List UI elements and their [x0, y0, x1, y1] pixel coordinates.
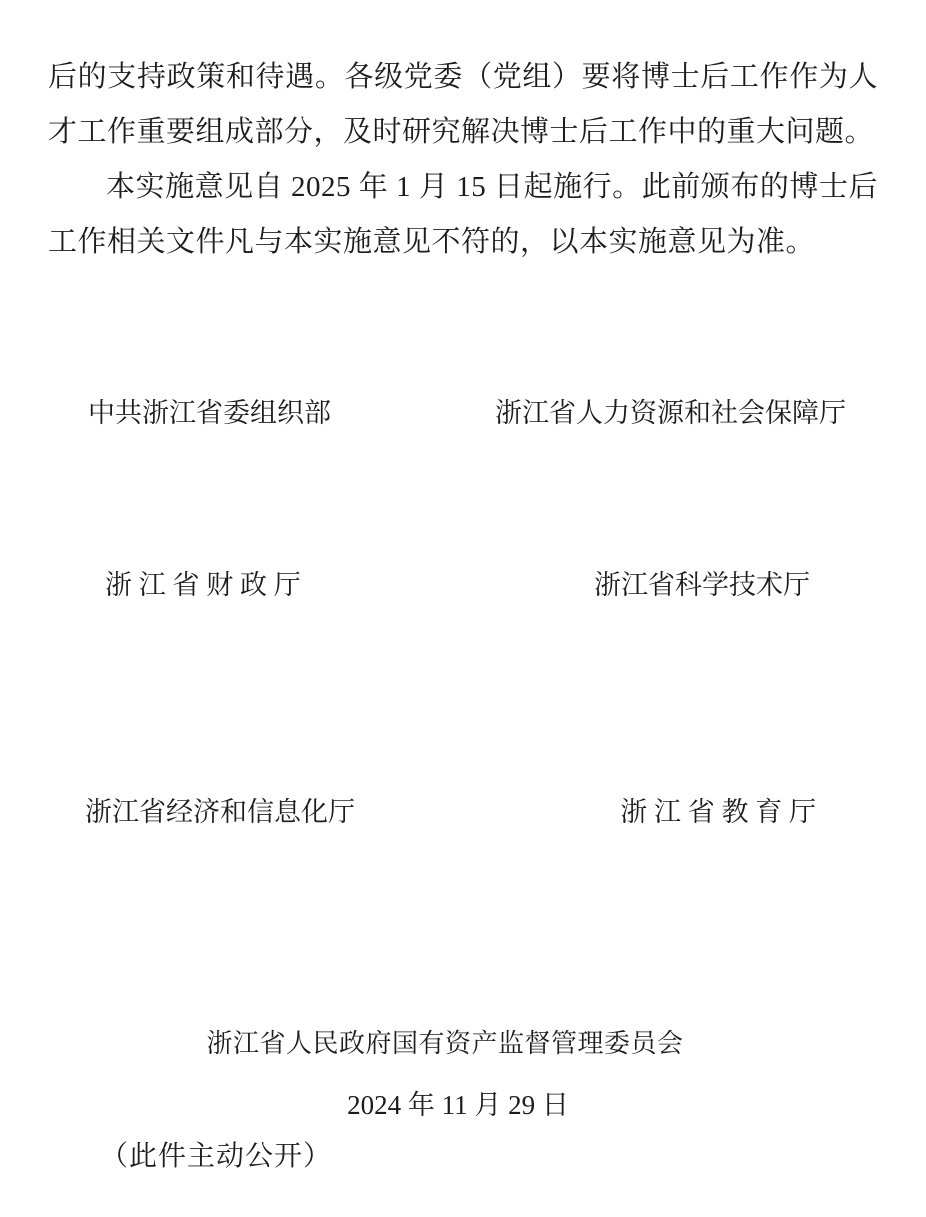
signature-row: 浙江省经济和信息化厅 浙 江 省 教 育 厅 — [48, 792, 878, 832]
final-signer-org: 浙江省人民政府国有资产监督管理委员会 — [48, 1025, 878, 1063]
paragraph-continued: 后的支持政策和待遇。各级党委（党组）要将博士后工作作为人才工作重要组成部分，及时… — [48, 50, 878, 160]
signature-row: 中共浙江省委组织部 浙江省人力资源和社会保障厅 — [48, 393, 878, 433]
signature-org: 浙江省人力资源和社会保障厅 — [495, 393, 846, 433]
signature-row: 浙 江 省 财 政 厅 浙江省科学技术厅 — [48, 565, 878, 605]
document-page: 后的支持政策和待遇。各级党委（党组）要将博士后工作作为人才工作重要组成部分，及时… — [0, 0, 926, 1217]
body-text: 后的支持政策和待遇。各级党委（党组）要将博士后工作作为人才工作重要组成部分，及时… — [48, 50, 878, 270]
signature-org: 浙 江 省 教 育 厅 — [620, 792, 816, 832]
signature-org: 中共浙江省委组织部 — [88, 393, 331, 433]
signature-org: 浙 江 省 财 政 厅 — [105, 565, 301, 605]
disclosure-note: （此件主动公开） — [100, 1137, 878, 1177]
signature-org: 浙江省科学技术厅 — [594, 565, 810, 605]
document-date: 2024 年 11 月 29 日 — [48, 1085, 878, 1125]
signature-org: 浙江省经济和信息化厅 — [85, 792, 355, 832]
paragraph-effective-date: 本实施意见自 2025 年 1 月 15 日起施行。此前颁布的博士后工作相关文件… — [48, 160, 878, 270]
